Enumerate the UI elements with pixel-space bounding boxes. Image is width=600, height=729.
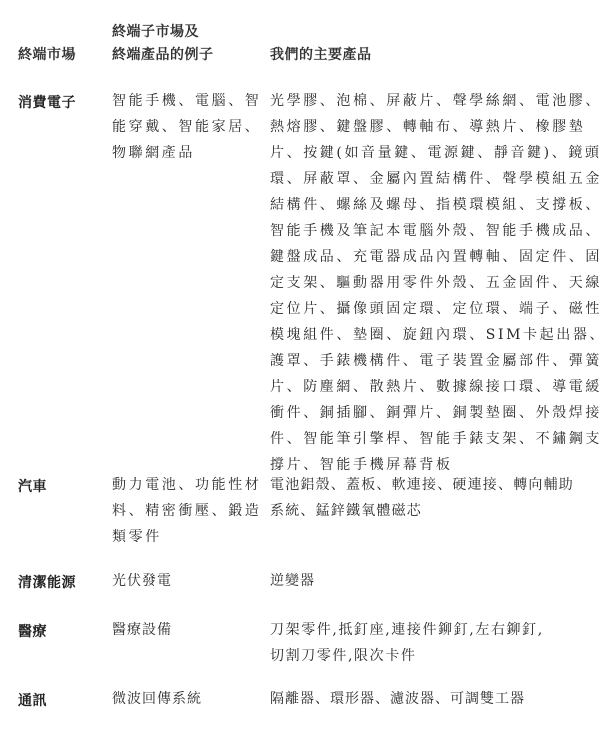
products-line: 逆變器 [270, 568, 592, 594]
market-label: 通訊 [18, 690, 47, 710]
examples-line: 物聯網產品 [112, 140, 268, 166]
products-cell: 光學膠、泡棉、屏蔽片、聲學絲網、電池膠、 熱熔膠、鍵盤膠、轉軸布、導熱片、橡膠墊… [270, 88, 592, 478]
examples-line: 動力電池、功能性材 [112, 472, 268, 498]
products-line: 熱熔膠、鍵盤膠、轉軸布、導熱片、橡膠墊 [270, 114, 592, 140]
examples-cell: 微波回傳系統 [112, 686, 268, 712]
market-label: 消費電子 [18, 92, 76, 112]
examples-cell: 智能手機、電腦、智 能穿戴、智能家居、 物聯網產品 [112, 88, 268, 166]
products-line: 模塊組件、墊圈、旋鈕內環、SIM卡起出器、保 [270, 322, 592, 348]
examples-line: 光伏發電 [112, 568, 268, 594]
header-main-products: 我們的主要產品 [270, 44, 372, 64]
products-line: 刀架零件,抵釘座,連接件鉚釘,左右鉚釘, [270, 617, 592, 643]
products-line: 護罩、手錶機構件、電子裝置金屬部件、彈簧 [270, 348, 592, 374]
examples-line: 醫療設備 [112, 617, 268, 643]
examples-line: 微波回傳系統 [112, 686, 268, 712]
products-line: 切割刀零件,限次卡件 [270, 643, 592, 669]
products-cell: 電池鋁殼、蓋板、軟連接、硬連接、轉向輔助 系統、錳鋅鐵氧體磁芯 [270, 472, 592, 524]
products-line: 智能手機及筆記本電腦外殼、智能手機成品、 [270, 218, 592, 244]
examples-line: 類零件 [112, 524, 268, 550]
products-line: 環、屏蔽罩、金屬內置結構件、聲學模組五金 [270, 166, 592, 192]
products-cell: 隔離器、環形器、濾波器、可調雙工器 [270, 686, 592, 712]
examples-cell: 光伏發電 [112, 568, 268, 594]
products-line: 件、智能筆引擎桿、智能手錶支架、不鏽鋼支 [270, 426, 592, 452]
examples-line: 料、精密衝壓、鍛造 [112, 498, 268, 524]
market-label: 醫療 [18, 621, 47, 641]
header-submarket-line2: 終端產品的例子 [112, 44, 214, 64]
products-line: 鍵盤成品、充電器成品內置轉軸、固定件、固 [270, 244, 592, 270]
products-cell: 逆變器 [270, 568, 592, 594]
products-line: 片、防塵網、散熱片、數據線接口環、導電緩 [270, 374, 592, 400]
products-line: 片、按鍵(如音量鍵、電源鍵、靜音鍵)、鏡頭 [270, 140, 592, 166]
header-submarket-line1: 終端子市場及 [112, 21, 199, 41]
examples-line: 智能手機、電腦、智 [112, 88, 268, 114]
market-label: 汽車 [18, 476, 47, 496]
examples-cell: 醫療設備 [112, 617, 268, 643]
products-cell: 刀架零件,抵釘座,連接件鉚釘,左右鉚釘, 切割刀零件,限次卡件 [270, 617, 592, 669]
products-line: 定位片、攝像頭固定環、定位環、端子、磁性 [270, 296, 592, 322]
header-end-market: 終端市場 [18, 44, 76, 64]
products-line: 結構件、螺絲及螺母、指模環模組、支撐板、 [270, 192, 592, 218]
products-line: 隔離器、環形器、濾波器、可調雙工器 [270, 686, 592, 712]
products-line: 電池鋁殼、蓋板、軟連接、硬連接、轉向輔助 [270, 472, 592, 498]
products-line: 系統、錳鋅鐵氧體磁芯 [270, 498, 592, 524]
products-line: 衝件、銅插腳、銅彈片、銅製墊圈、外殼焊接 [270, 400, 592, 426]
examples-cell: 動力電池、功能性材 料、精密衝壓、鍛造 類零件 [112, 472, 268, 550]
products-line: 光學膠、泡棉、屏蔽片、聲學絲網、電池膠、 [270, 88, 592, 114]
market-label: 清潔能源 [18, 572, 76, 592]
products-line: 定支架、驅動器用零件外殼、五金固件、天線 [270, 270, 592, 296]
examples-line: 能穿戴、智能家居、 [112, 114, 268, 140]
